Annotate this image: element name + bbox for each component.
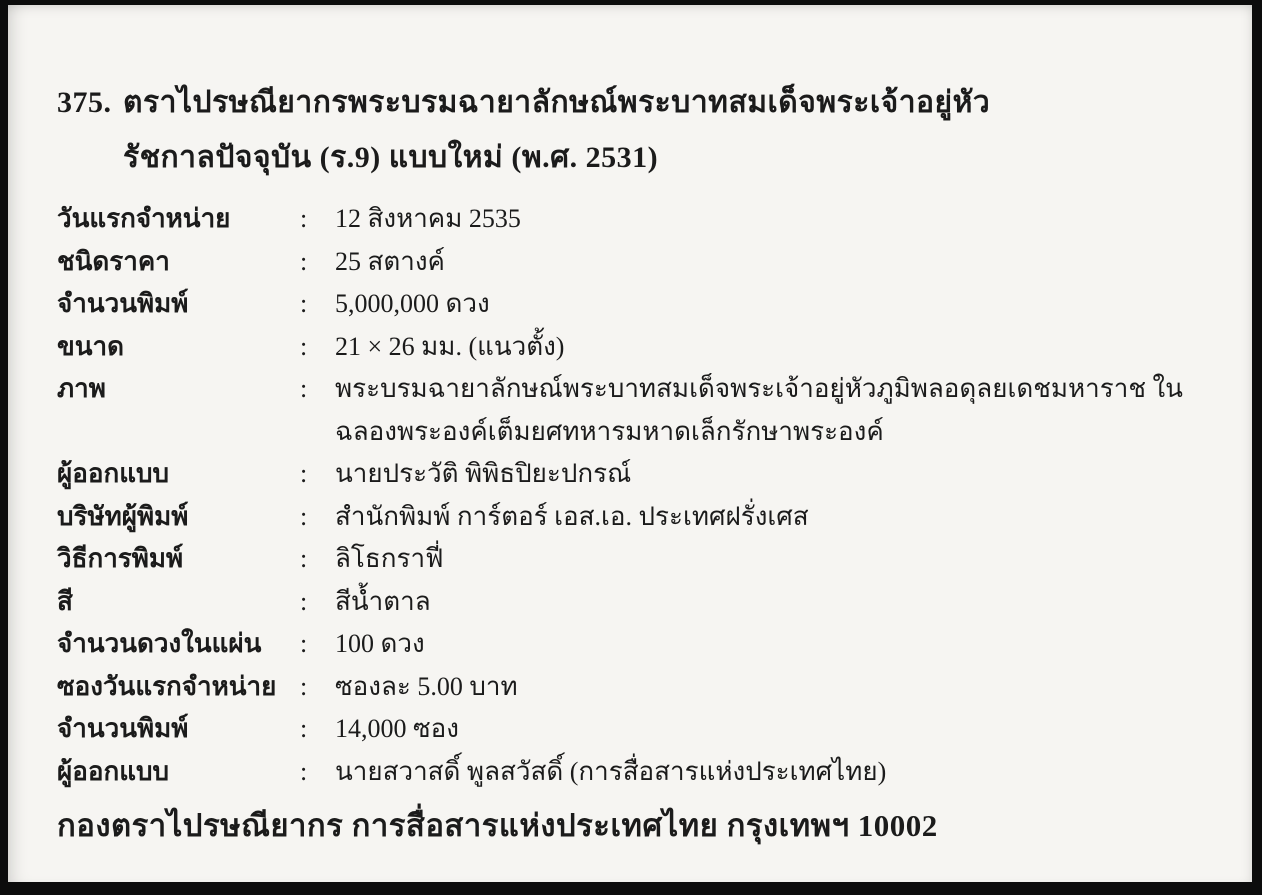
detail-label: บริษัทผู้พิมพ์ bbox=[57, 496, 300, 539]
detail-value: 5,000,000 ดวง bbox=[335, 283, 1214, 326]
detail-row-quantity-printed: จำนวนพิมพ์ : 5,000,000 ดวง bbox=[57, 283, 1214, 326]
detail-label: จำนวนพิมพ์ bbox=[57, 708, 300, 751]
detail-value: 25 สตางค์ bbox=[335, 241, 1214, 284]
detail-value: 21 × 26 มม. (แนวตั้ง) bbox=[335, 326, 1214, 369]
detail-colon: : bbox=[300, 708, 335, 751]
detail-colon: : bbox=[300, 368, 335, 411]
detail-row-fdc-quantity: จำนวนพิมพ์ : 14,000 ซอง bbox=[57, 708, 1214, 751]
detail-label: จำนวนพิมพ์ bbox=[57, 283, 300, 326]
detail-colon: : bbox=[300, 453, 335, 496]
detail-colon: : bbox=[300, 581, 335, 624]
item-number: 375. bbox=[57, 75, 123, 130]
detail-row-size: ขนาด : 21 × 26 มม. (แนวตั้ง) bbox=[57, 326, 1214, 369]
detail-value: 100 ดวง bbox=[335, 623, 1214, 666]
title-line-2: รัชกาลปัจจุบัน (ร.9) แบบใหม่ (พ.ศ. 2531) bbox=[123, 130, 1214, 185]
detail-row-printing-process: วิธีการพิมพ์ : ลิโธกราฟี่ bbox=[57, 538, 1214, 581]
detail-value: พระบรมฉายาลักษณ์พระบาทสมเด็จพระเจ้าอยู่ห… bbox=[335, 368, 1214, 453]
detail-label: วันแรกจำหน่าย bbox=[57, 198, 300, 241]
detail-value: สีน้ำตาล bbox=[335, 581, 1214, 624]
detail-label: ชนิดราคา bbox=[57, 241, 300, 284]
detail-value: นายสวาสดิ์ พูลสวัสดิ์ (การสื่อสารแห่งประ… bbox=[335, 751, 1214, 794]
detail-label: ซองวันแรกจำหน่าย bbox=[57, 666, 300, 709]
detail-row-printer: บริษัทผู้พิมพ์ : สำนักพิมพ์ การ์ตอร์ เอส… bbox=[57, 496, 1214, 539]
detail-colon: : bbox=[300, 198, 335, 241]
title-line-1: ตราไปรษณียากรพระบรมฉายาลักษณ์พระบาทสมเด็… bbox=[123, 75, 1214, 130]
detail-row-stamps-per-sheet: จำนวนดวงในแผ่น : 100 ดวง bbox=[57, 623, 1214, 666]
detail-label: ภาพ bbox=[57, 368, 300, 411]
detail-row-color: สี : สีน้ำตาล bbox=[57, 581, 1214, 624]
title-text: ตราไปรษณียากรพระบรมฉายาลักษณ์พระบาทสมเด็… bbox=[123, 75, 1214, 185]
scanned-stamp-info-card: { "page": { "background_color": "#0c0c0c… bbox=[0, 0, 1262, 895]
detail-label: สี bbox=[57, 581, 300, 624]
detail-label: จำนวนดวงในแผ่น bbox=[57, 623, 300, 666]
detail-value: ซองละ 5.00 บาท bbox=[335, 666, 1214, 709]
title-block: 375. ตราไปรษณียากรพระบรมฉายาลักษณ์พระบาท… bbox=[57, 75, 1214, 185]
detail-colon: : bbox=[300, 326, 335, 369]
detail-value: สำนักพิมพ์ การ์ตอร์ เอส.เอ. ประเทศฝรั่งเ… bbox=[335, 496, 1214, 539]
detail-label: ขนาด bbox=[57, 326, 300, 369]
detail-value: 12 สิงหาคม 2535 bbox=[335, 198, 1214, 241]
detail-row-first-day-of-issue: วันแรกจำหน่าย : 12 สิงหาคม 2535 bbox=[57, 198, 1214, 241]
detail-colon: : bbox=[300, 623, 335, 666]
detail-value: 14,000 ซอง bbox=[335, 708, 1214, 751]
details-table: วันแรกจำหน่าย : 12 สิงหาคม 2535 ชนิดราคา… bbox=[57, 198, 1214, 793]
detail-colon: : bbox=[300, 283, 335, 326]
detail-colon: : bbox=[300, 241, 335, 284]
detail-label: ผู้ออกแบบ bbox=[57, 453, 300, 496]
detail-value: นายประวัติ พิพิธปิยะปกรณ์ bbox=[335, 453, 1214, 496]
detail-colon: : bbox=[300, 751, 335, 794]
detail-row-designer: ผู้ออกแบบ : นายประวัติ พิพิธปิยะปกรณ์ bbox=[57, 453, 1214, 496]
detail-colon: : bbox=[300, 538, 335, 581]
card-paper: 375. ตราไปรษณียากรพระบรมฉายาลักษณ์พระบาท… bbox=[8, 5, 1252, 882]
detail-row-fdc-designer: ผู้ออกแบบ : นายสวาสดิ์ พูลสวัสดิ์ (การสื… bbox=[57, 751, 1214, 794]
detail-row-image-description: ภาพ : พระบรมฉายาลักษณ์พระบาทสมเด็จพระเจ้… bbox=[57, 368, 1214, 453]
detail-label: วิธีการพิมพ์ bbox=[57, 538, 300, 581]
detail-colon: : bbox=[300, 496, 335, 539]
footer-issuer-address: กองตราไปรษณียากร การสื่อสารแห่งประเทศไทย… bbox=[57, 802, 1214, 850]
detail-colon: : bbox=[300, 666, 335, 709]
detail-row-fdc-price: ซองวันแรกจำหน่าย : ซองละ 5.00 บาท bbox=[57, 666, 1214, 709]
detail-value: ลิโธกราฟี่ bbox=[335, 538, 1214, 581]
detail-label: ผู้ออกแบบ bbox=[57, 751, 300, 794]
detail-row-denomination: ชนิดราคา : 25 สตางค์ bbox=[57, 241, 1214, 284]
